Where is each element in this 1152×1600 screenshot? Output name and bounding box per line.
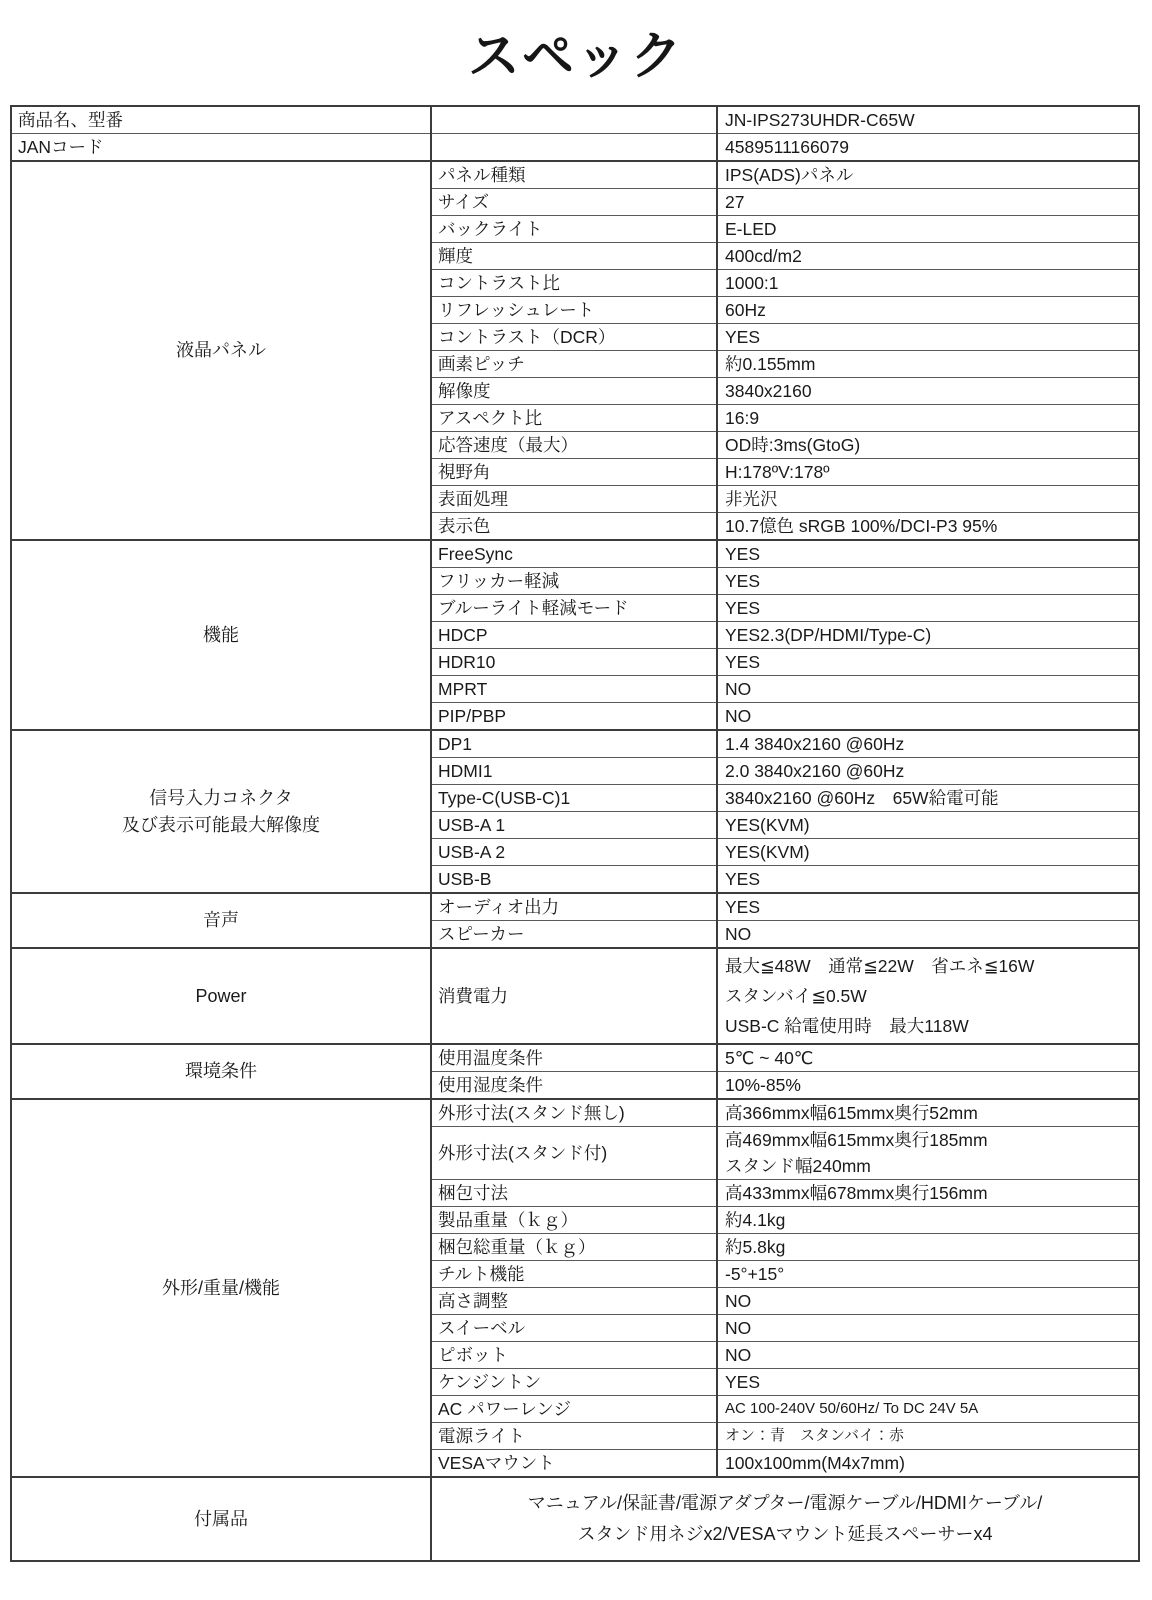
value-cell: 1.4 3840x2160 @60Hz [717, 730, 1139, 758]
category-cell: 液晶パネル [11, 161, 431, 540]
value-cell: 約0.155mm [717, 351, 1139, 378]
item-cell: パネル種類 [431, 161, 717, 189]
value-cell: YES [717, 568, 1139, 595]
value-cell: 10.7億色 sRGB 100%/DCI-P3 95% [717, 513, 1139, 541]
item-cell: 高さ調整 [431, 1288, 717, 1315]
value-cell: NO [717, 676, 1139, 703]
value-cell: 3840x2160 @60Hz 65W給電可能 [717, 785, 1139, 812]
item-cell: 画素ピッチ [431, 351, 717, 378]
table-row: 付属品マニュアル/保証書/電源アダプター/電源ケーブル/HDMIケーブル/ スタ… [11, 1477, 1139, 1561]
item-cell: USB-A 2 [431, 839, 717, 866]
value-cell: NO [717, 1315, 1139, 1342]
value-cell: 約5.8kg [717, 1234, 1139, 1261]
value-cell: IPS(ADS)パネル [717, 161, 1139, 189]
item-cell: サイズ [431, 189, 717, 216]
item-cell: ブルーライト軽減モード [431, 595, 717, 622]
item-cell: 製品重量（ｋｇ） [431, 1207, 717, 1234]
empty-cell [431, 106, 717, 134]
value-cell: オン：青 スタンバイ：赤 [717, 1423, 1139, 1450]
row-label-cell: 商品名、型番 [11, 106, 431, 134]
value-cell: NO [717, 1342, 1139, 1369]
item-cell: コントラスト比 [431, 270, 717, 297]
item-cell: ケンジントン [431, 1369, 717, 1396]
item-cell: ピボット [431, 1342, 717, 1369]
value-cell: 高366mmx幅615mmx奥行52mm [717, 1099, 1139, 1127]
item-cell: 視野角 [431, 459, 717, 486]
category-cell: 機能 [11, 540, 431, 730]
item-cell: 表示色 [431, 513, 717, 541]
value-cell: 5℃ ~ 40℃ [717, 1044, 1139, 1072]
item-cell: 輝度 [431, 243, 717, 270]
table-row: 液晶パネルパネル種類IPS(ADS)パネル [11, 161, 1139, 189]
value-cell: 60Hz [717, 297, 1139, 324]
item-cell: VESAマウント [431, 1450, 717, 1478]
item-cell: Type-C(USB-C)1 [431, 785, 717, 812]
table-row: 機能FreeSyncYES [11, 540, 1139, 568]
table-row: 音声オーディオ出力YES [11, 893, 1139, 921]
value-cell: YES [717, 595, 1139, 622]
spec-table: 商品名、型番JN-IPS273UHDR-C65WJANコード4589511166… [10, 105, 1140, 1562]
value-cell: E-LED [717, 216, 1139, 243]
item-cell: FreeSync [431, 540, 717, 568]
item-cell: スイーベル [431, 1315, 717, 1342]
table-row: 環境条件使用温度条件5℃ ~ 40℃ [11, 1044, 1139, 1072]
item-cell: チルト機能 [431, 1261, 717, 1288]
value-cell: YES [717, 324, 1139, 351]
category-cell: 付属品 [11, 1477, 431, 1561]
value-cell: 高433mmx幅678mmx奥行156mm [717, 1180, 1139, 1207]
value-cell: OD時:3ms(GtoG) [717, 432, 1139, 459]
value-cell: -5°+15° [717, 1261, 1139, 1288]
value-cell: 27 [717, 189, 1139, 216]
item-cell: HDMI1 [431, 758, 717, 785]
empty-cell [431, 134, 717, 162]
item-cell: 使用湿度条件 [431, 1072, 717, 1100]
item-cell: HDR10 [431, 649, 717, 676]
value-cell: 1000:1 [717, 270, 1139, 297]
category-cell: 外形/重量/機能 [11, 1099, 431, 1477]
category-cell: 環境条件 [11, 1044, 431, 1099]
value-cell: 最大≦48W 通常≦22W 省エネ≦16W スタンバイ≦0.5W USB-C 給… [717, 948, 1139, 1044]
item-cell: USB-B [431, 866, 717, 894]
table-row: 商品名、型番JN-IPS273UHDR-C65W [11, 106, 1139, 134]
item-cell: 応答速度（最大） [431, 432, 717, 459]
item-cell: フリッカー軽減 [431, 568, 717, 595]
value-cell: NO [717, 703, 1139, 731]
value-cell: YES [717, 1369, 1139, 1396]
item-cell: 解像度 [431, 378, 717, 405]
item-cell: 表面処理 [431, 486, 717, 513]
item-cell: HDCP [431, 622, 717, 649]
category-cell: Power [11, 948, 431, 1044]
value-cell: 4589511166079 [717, 134, 1139, 162]
table-row: Power消費電力最大≦48W 通常≦22W 省エネ≦16W スタンバイ≦0.5… [11, 948, 1139, 1044]
table-row: JANコード4589511166079 [11, 134, 1139, 162]
value-cell: H:178ºV:178º [717, 459, 1139, 486]
item-cell: PIP/PBP [431, 703, 717, 731]
value-cell: NO [717, 1288, 1139, 1315]
value-cell: 2.0 3840x2160 @60Hz [717, 758, 1139, 785]
item-cell: スピーカー [431, 921, 717, 949]
value-cell: 10%-85% [717, 1072, 1139, 1100]
table-row: 外形/重量/機能外形寸法(スタンド無し)高366mmx幅615mmx奥行52mm [11, 1099, 1139, 1127]
value-cell: マニュアル/保証書/電源アダプター/電源ケーブル/HDMIケーブル/ スタンド用… [431, 1477, 1139, 1561]
value-cell: 16:9 [717, 405, 1139, 432]
value-cell: YES [717, 893, 1139, 921]
category-cell: 音声 [11, 893, 431, 948]
value-cell: YES(KVM) [717, 839, 1139, 866]
item-cell: 使用温度条件 [431, 1044, 717, 1072]
value-cell: 非光沢 [717, 486, 1139, 513]
item-cell: USB-A 1 [431, 812, 717, 839]
item-cell: 電源ライト [431, 1423, 717, 1450]
item-cell: 梱包寸法 [431, 1180, 717, 1207]
page-title: スペック [0, 14, 1152, 89]
item-cell: コントラスト（DCR） [431, 324, 717, 351]
item-cell: 外形寸法(スタンド付) [431, 1127, 717, 1180]
item-cell: MPRT [431, 676, 717, 703]
value-cell: 100x100mm(M4x7mm) [717, 1450, 1139, 1478]
item-cell: バックライト [431, 216, 717, 243]
value-cell: YES(KVM) [717, 812, 1139, 839]
value-cell: 400cd/m2 [717, 243, 1139, 270]
table-row: 信号入力コネクタ 及び表示可能最大解像度DP11.4 3840x2160 @60… [11, 730, 1139, 758]
value-cell: NO [717, 921, 1139, 949]
item-cell: 外形寸法(スタンド無し) [431, 1099, 717, 1127]
item-cell: AC パワーレンジ [431, 1396, 717, 1423]
value-cell: 約4.1kg [717, 1207, 1139, 1234]
value-cell: 高469mmx幅615mmx奥行185mm スタンド幅240mm [717, 1127, 1139, 1180]
value-cell: YES [717, 540, 1139, 568]
category-cell: 信号入力コネクタ 及び表示可能最大解像度 [11, 730, 431, 893]
item-cell: オーディオ出力 [431, 893, 717, 921]
item-cell: 消費電力 [431, 948, 717, 1044]
value-cell: YES2.3(DP/HDMI/Type-C) [717, 622, 1139, 649]
spec-table-body: 商品名、型番JN-IPS273UHDR-C65WJANコード4589511166… [11, 106, 1139, 1561]
item-cell: リフレッシュレート [431, 297, 717, 324]
value-cell: YES [717, 866, 1139, 894]
row-label-cell: JANコード [11, 134, 431, 162]
item-cell: 梱包総重量（ｋｇ） [431, 1234, 717, 1261]
value-cell: AC 100-240V 50/60Hz/ To DC 24V 5A [717, 1396, 1139, 1423]
value-cell: 3840x2160 [717, 378, 1139, 405]
item-cell: アスペクト比 [431, 405, 717, 432]
value-cell: YES [717, 649, 1139, 676]
item-cell: DP1 [431, 730, 717, 758]
value-cell: JN-IPS273UHDR-C65W [717, 106, 1139, 134]
